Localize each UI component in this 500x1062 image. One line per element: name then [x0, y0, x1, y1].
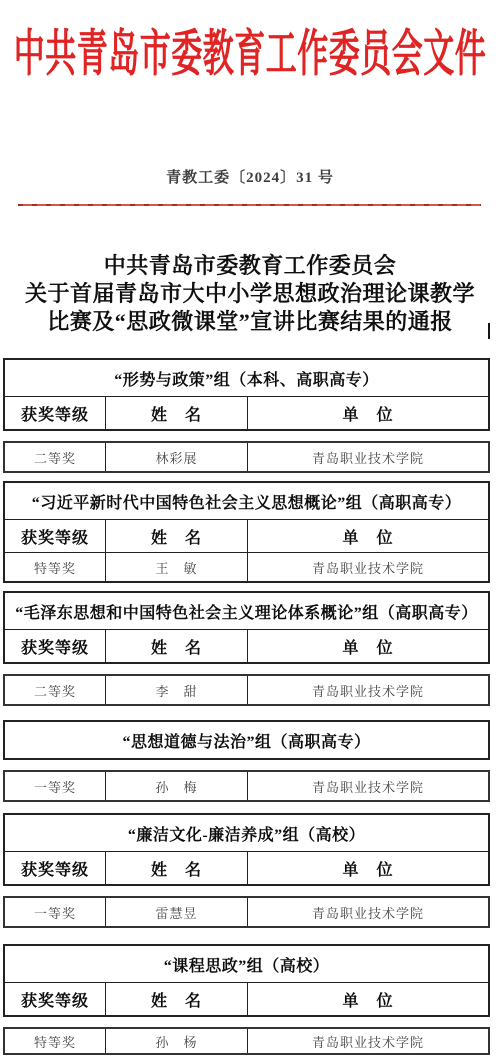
col-header-award: 获奖等级 [5, 983, 106, 1015]
scanned-official-document: 中共青岛市委教育工作委员会文件 青教工委〔2024〕31 号 中共青岛市委教育工… [0, 0, 500, 1062]
award-level: 一等奖 [5, 898, 106, 926]
column-header-row: 获奖等级 姓 名 单 位 [5, 982, 488, 1015]
table-head-box: “课程思政”组（高校） 获奖等级 姓 名 单 位 [3, 944, 490, 1017]
award-level: 二等奖 [5, 676, 106, 704]
table-head-box: “形势与政策”组（本科、高职高专） 获奖等级 姓 名 单 位 [3, 358, 490, 431]
column-header-row: 获奖等级 姓 名 单 位 [5, 396, 488, 429]
table-head-box: “毛泽东思想和中国特色社会主义理论体系概论”组（高职高专） 获奖等级 姓 名 单… [3, 591, 490, 664]
winner-name: 王 敏 [106, 553, 248, 581]
award-level: 一等奖 [5, 772, 106, 800]
col-header-unit: 单 位 [248, 852, 488, 884]
table-data-box: 一等奖 雷慧昱 青岛职业技术学院 [3, 896, 490, 928]
document-title-line3: 比赛及“思政微课堂”宣讲比赛结果的通报 [0, 308, 500, 336]
group-title: “思想道德与法治”组（高职高专） [5, 722, 488, 758]
document-title-line2: 关于首届青岛市大中小学思想政治理论课教学 [0, 280, 500, 308]
table-head-box: “思想道德与法治”组（高职高专） [3, 720, 490, 760]
col-header-award: 获奖等级 [5, 630, 106, 662]
table-data-box: 一等奖 孙 梅 青岛职业技术学院 [3, 770, 490, 802]
winner-name: 李 甜 [106, 676, 248, 704]
award-level: 特等奖 [5, 1029, 106, 1053]
table-row: 二等奖 李 甜 青岛职业技术学院 [5, 676, 488, 704]
award-table-integrity-culture: “廉洁文化-廉洁养成”组（高校） 获奖等级 姓 名 单 位 一等奖 雷慧昱 青岛… [3, 813, 490, 928]
award-table-curriculum-ideology: “课程思政”组（高校） 获奖等级 姓 名 单 位 特等奖 孙 杨 青岛职业技术学… [3, 944, 490, 1055]
col-header-name: 姓 名 [106, 520, 248, 552]
table-row: 一等奖 孙 梅 青岛职业技术学院 [5, 772, 488, 800]
group-title: “习近平新时代中国特色社会主义思想概论”组（高职高专） [5, 483, 488, 519]
table-row: 特等奖 王 敏 青岛职业技术学院 [5, 552, 488, 581]
col-header-name: 姓 名 [106, 852, 248, 884]
winner-unit: 青岛职业技术学院 [248, 443, 488, 471]
letterhead-banner-title: 中共青岛市委教育工作委员会文件 [14, 12, 487, 85]
letterhead-banner-wrap: 中共青岛市委教育工作委员会文件 [0, 16, 500, 80]
winner-name: 雷慧昱 [106, 898, 248, 926]
col-header-unit: 单 位 [248, 397, 488, 429]
group-title: “廉洁文化-廉洁养成”组（高校） [5, 815, 488, 851]
table-row: 特等奖 孙 杨 青岛职业技术学院 [5, 1029, 488, 1053]
table-box: “习近平新时代中国特色社会主义思想概论”组（高职高专） 获奖等级 姓 名 单 位… [3, 481, 490, 583]
col-header-award: 获奖等级 [5, 852, 106, 884]
col-header-unit: 单 位 [248, 983, 488, 1015]
winner-name: 林彩展 [106, 443, 248, 471]
document-title: 中共青岛市委教育工作委员会 关于首届青岛市大中小学思想政治理论课教学 比赛及“思… [0, 252, 500, 336]
winner-unit: 青岛职业技术学院 [248, 898, 488, 926]
group-title: “毛泽东思想和中国特色社会主义理论体系概论”组（高职高专） [5, 593, 488, 629]
col-header-unit: 单 位 [248, 630, 488, 662]
col-header-name: 姓 名 [106, 630, 248, 662]
award-table-situation-policy: “形势与政策”组（本科、高职高专） 获奖等级 姓 名 单 位 二等奖 林彩展 青… [3, 358, 490, 473]
winner-name: 孙 杨 [106, 1029, 248, 1053]
table-data-box: 二等奖 林彩展 青岛职业技术学院 [3, 441, 490, 473]
award-level: 二等奖 [5, 443, 106, 471]
column-header-row: 获奖等级 姓 名 单 位 [5, 851, 488, 884]
award-table-mao-thought: “毛泽东思想和中国特色社会主义理论体系概论”组（高职高专） 获奖等级 姓 名 单… [3, 591, 490, 706]
col-header-name: 姓 名 [106, 397, 248, 429]
group-title: “课程思政”组（高校） [5, 946, 488, 982]
winner-name: 孙 梅 [106, 772, 248, 800]
award-table-xi-thought: “习近平新时代中国特色社会主义思想概论”组（高职高专） 获奖等级 姓 名 单 位… [3, 481, 490, 583]
red-divider-line [18, 204, 481, 206]
text-cursor-artifact [488, 323, 490, 339]
document-number: 青教工委〔2024〕31 号 [0, 168, 500, 188]
winner-unit: 青岛职业技术学院 [248, 772, 488, 800]
col-header-unit: 单 位 [248, 520, 488, 552]
winner-unit: 青岛职业技术学院 [248, 553, 488, 581]
winner-unit: 青岛职业技术学院 [248, 676, 488, 704]
award-table-morality-law: “思想道德与法治”组（高职高专） 一等奖 孙 梅 青岛职业技术学院 [3, 720, 490, 802]
winner-unit: 青岛职业技术学院 [248, 1029, 488, 1053]
group-title: “形势与政策”组（本科、高职高专） [5, 360, 488, 396]
table-row: 一等奖 雷慧昱 青岛职业技术学院 [5, 898, 488, 926]
column-header-row: 获奖等级 姓 名 单 位 [5, 519, 488, 552]
table-data-box: 二等奖 李 甜 青岛职业技术学院 [3, 674, 490, 706]
col-header-name: 姓 名 [106, 983, 248, 1015]
column-header-row: 获奖等级 姓 名 单 位 [5, 629, 488, 662]
col-header-award: 获奖等级 [5, 520, 106, 552]
table-data-box: 特等奖 孙 杨 青岛职业技术学院 [3, 1027, 490, 1055]
award-level: 特等奖 [5, 553, 106, 581]
table-head-box: “廉洁文化-廉洁养成”组（高校） 获奖等级 姓 名 单 位 [3, 813, 490, 886]
table-row: 二等奖 林彩展 青岛职业技术学院 [5, 443, 488, 471]
col-header-award: 获奖等级 [5, 397, 106, 429]
document-title-line1: 中共青岛市委教育工作委员会 [0, 252, 500, 280]
